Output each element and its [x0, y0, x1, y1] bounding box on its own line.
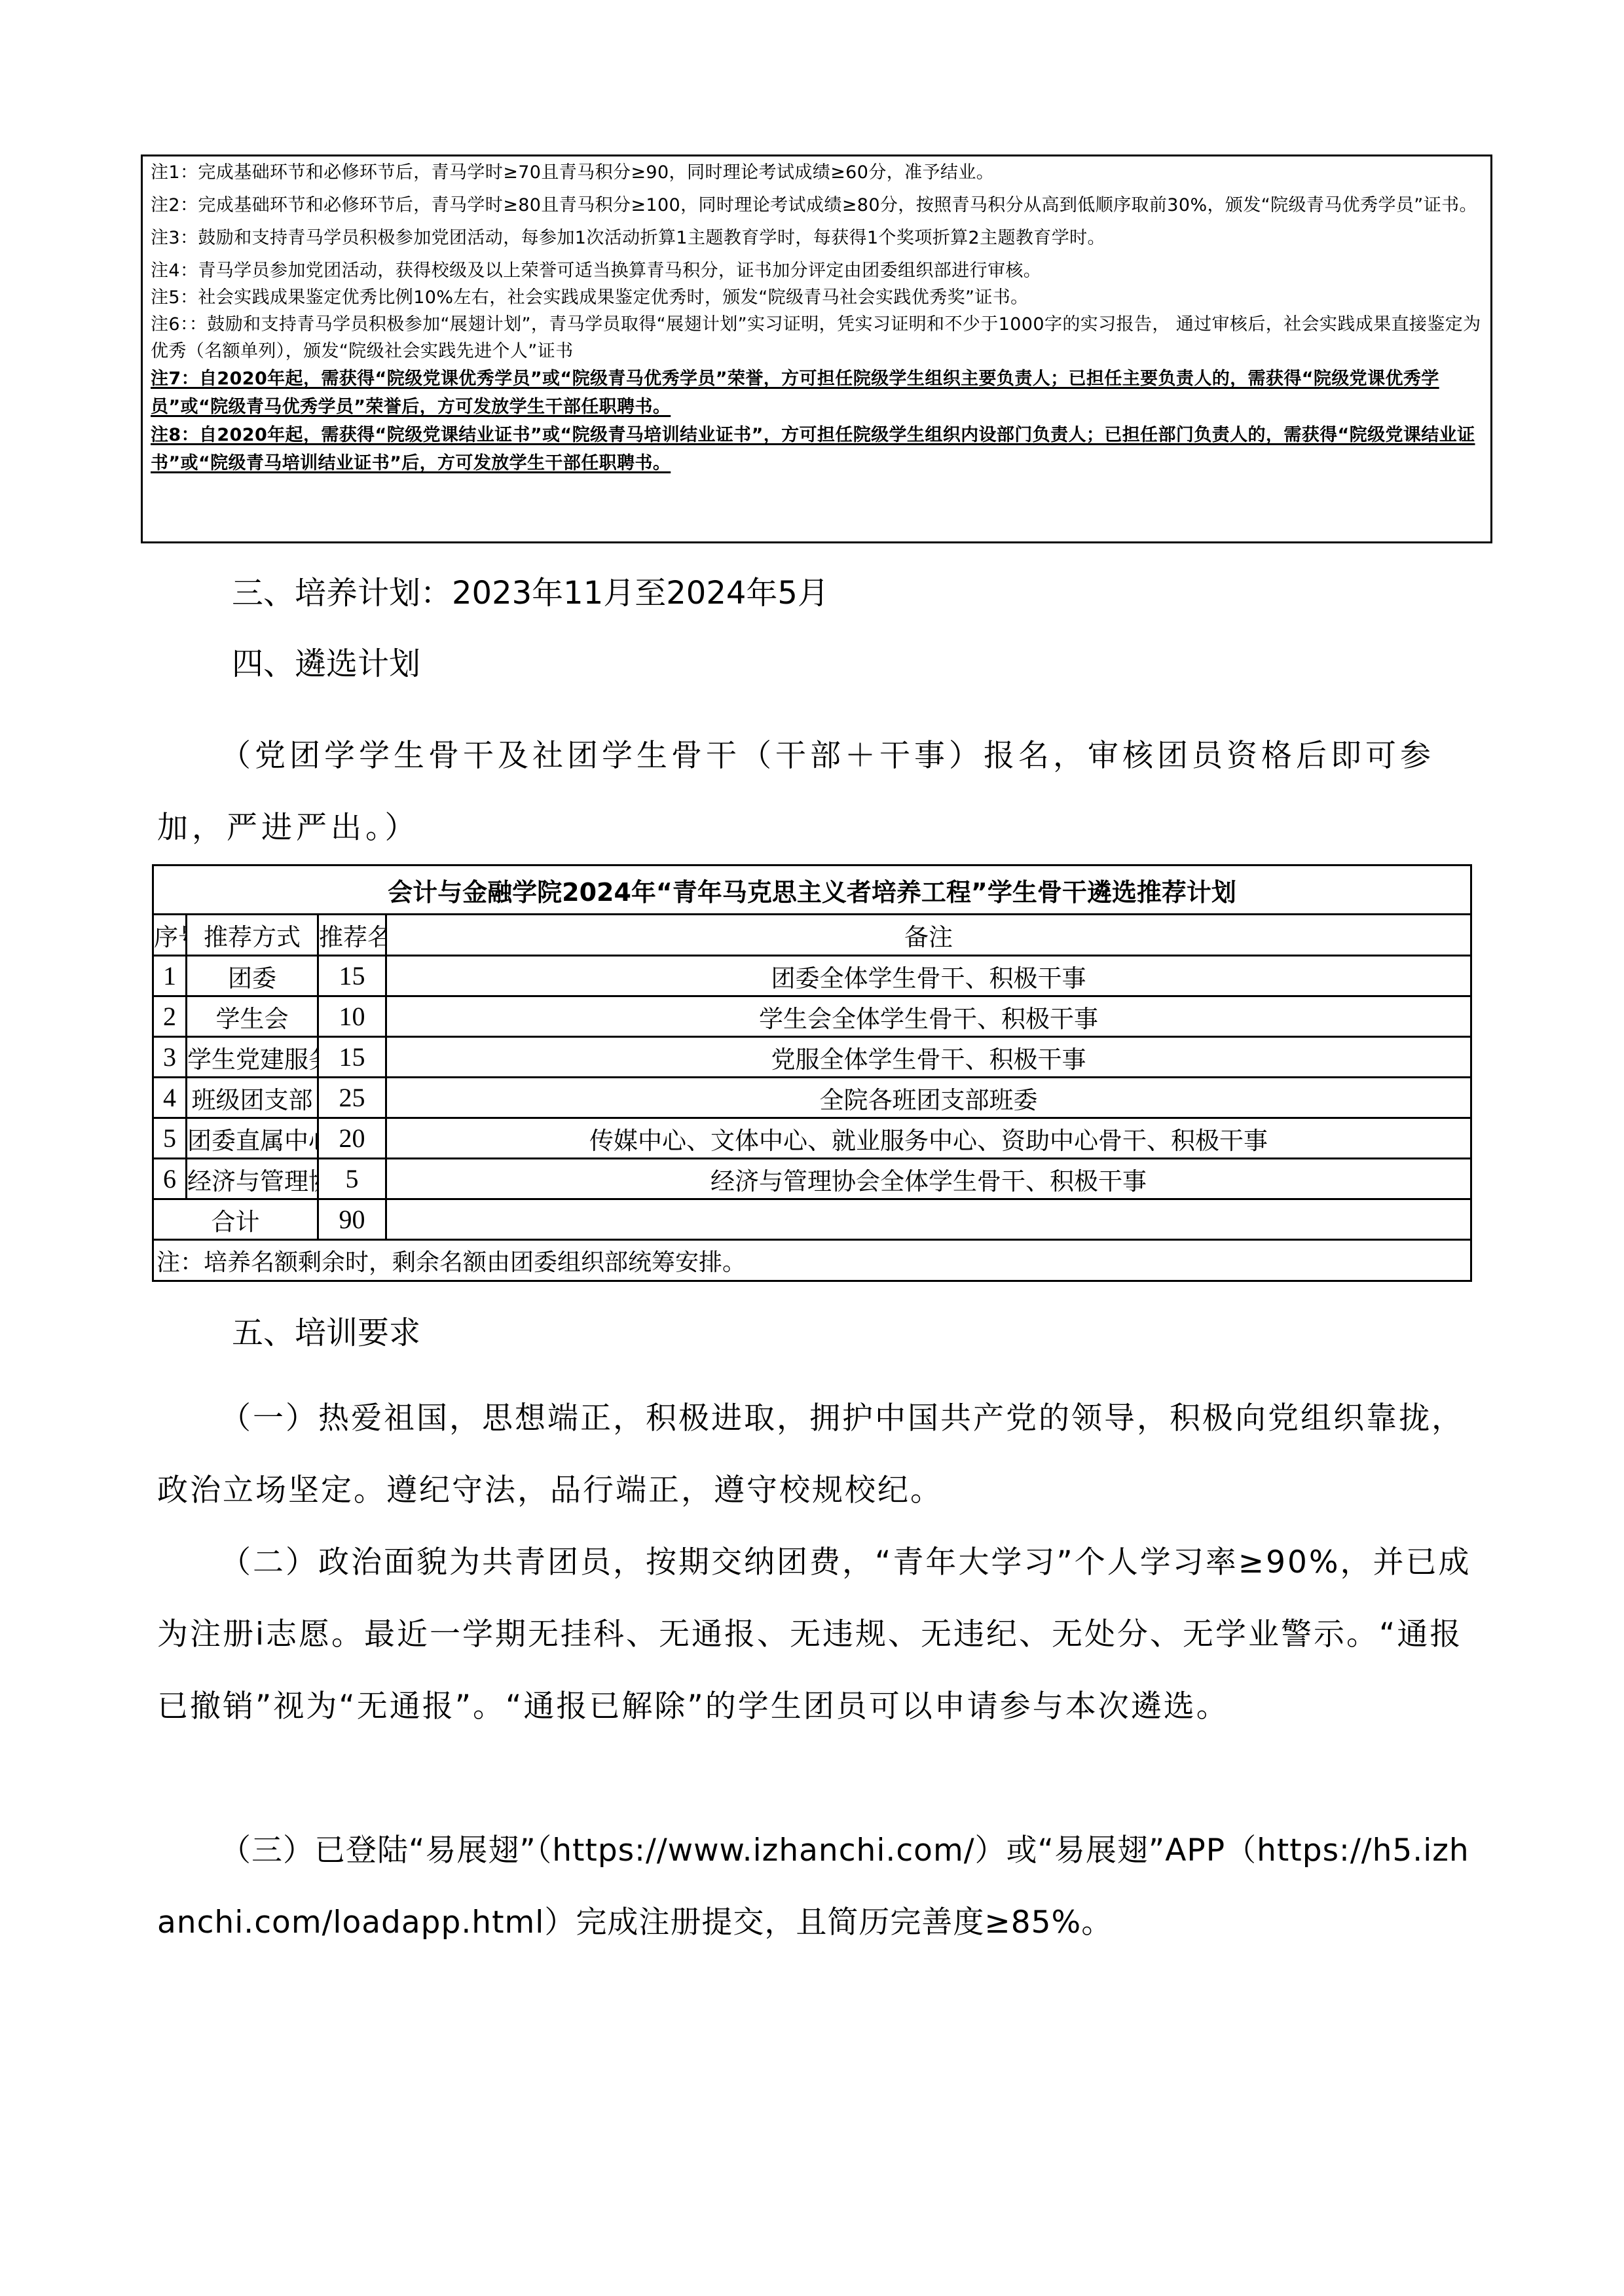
total-quota: 90	[318, 1199, 386, 1240]
cell-remark: 党服全体学生骨干、积极干事	[386, 1037, 1471, 1078]
note-label: 注1：	[151, 162, 198, 183]
note-text: 自2020年起，需获得“院级党课结业证书”或“院级青马培训结业证书”，方可担任院…	[151, 425, 1475, 473]
cell-remark: 学生会全体学生骨干、积极干事	[386, 996, 1471, 1037]
note-4: 注4：青马学员参加党团活动，获得校级及以上荣誉可适当换算青马积分，证书加分评定由…	[151, 257, 1484, 284]
table-row: 3 学生党建服务中心 15 党服全体学生骨干、积极干事	[153, 1037, 1471, 1078]
recommendation-plan-table: 会计与金融学院2024年“青年马克思主义者培养工程”学生骨干遴选推荐计划 序号 …	[152, 864, 1472, 1282]
note-label: 注2：	[151, 195, 198, 215]
section-5-heading: 五、培训要求	[232, 1313, 420, 1353]
total-label: 合计	[153, 1199, 318, 1240]
cell-no: 1	[153, 956, 187, 996]
note-text: ：鼓励和支持青马学员积极参加“展翅计划”，青马学员取得“展翅计划”实习证明，凭实…	[151, 314, 1481, 361]
note-3: 注3：鼓励和支持青马学员积极参加党团活动，每参加1次活动折算1主题教育学时，每获…	[151, 225, 1484, 251]
total-remark	[386, 1199, 1471, 1240]
cell-remark: 经济与管理协会全体学生骨干、积极干事	[386, 1159, 1471, 1199]
note-text: 完成基础环节和必修环节后，青马学时≥80且青马积分≥100，同时理论考试成绩≥8…	[198, 195, 1477, 215]
cell-quota: 20	[318, 1118, 386, 1159]
table-footnote: 注：培养名额剩余时，剩余名额由团委组织部统筹安排。	[153, 1240, 1471, 1281]
requirement-3: （三）已登陆“易展翅”（https://www.izhanchi.com/）或“…	[157, 1815, 1473, 1959]
table-total-row: 合计 90	[153, 1199, 1471, 1240]
requirement-2: （二）政治面貌为共青团员，按期交纳团费，“青年大学习”个人学习率≥90%，并已成…	[157, 1527, 1473, 1743]
cell-quota: 25	[318, 1078, 386, 1118]
table-row: 2 学生会 10 学生会全体学生骨干、积极干事	[153, 996, 1471, 1037]
note-1: 注1：完成基础环节和必修环节后，青马学时≥70且青马积分≥90，同时理论考试成绩…	[151, 159, 1484, 186]
cell-quota: 15	[318, 956, 386, 996]
column-header-quota: 推荐名额	[318, 915, 386, 956]
note-7: 注7：自2020年起，需获得“院级党课优秀学员”或“院级青马优秀学员”荣誉，方可…	[151, 365, 1484, 421]
note-label: 注4：	[151, 261, 198, 281]
table-title: 会计与金融学院2024年“青年马克思主义者培养工程”学生骨干遴选推荐计划	[153, 866, 1471, 915]
section-4-intro: （党团学学生骨干及社团学生骨干（干部＋干事）报名，审核团员资格后即可参加，严进严…	[157, 720, 1473, 864]
cell-no: 6	[153, 1159, 187, 1199]
cell-method: 班级团支部	[187, 1078, 318, 1118]
notes-box: 注1：完成基础环节和必修环节后，青马学时≥70且青马积分≥90，同时理论考试成绩…	[141, 155, 1492, 543]
cell-remark: 传媒中心、文体中心、就业服务中心、资助中心骨干、积极干事	[386, 1118, 1471, 1159]
cell-remark: 团委全体学生骨干、积极干事	[386, 956, 1471, 996]
note-text: 完成基础环节和必修环节后，青马学时≥70且青马积分≥90，同时理论考试成绩≥60…	[198, 162, 994, 183]
cell-remark: 全院各班团支部班委	[386, 1078, 1471, 1118]
note-label: 注3：	[151, 228, 198, 248]
cell-quota: 10	[318, 996, 386, 1037]
note-text: 鼓励和支持青马学员积极参加党团活动，每参加1次活动折算1主题教育学时，每获得1个…	[198, 228, 1105, 248]
column-header-remark: 备注	[386, 915, 1471, 956]
note-label: 注5：	[151, 287, 198, 308]
section-3-heading: 三、培养计划：2023年11月至2024年5月	[232, 574, 829, 613]
column-header-method: 推荐方式	[187, 915, 318, 956]
note-8: 注8：自2020年起，需获得“院级党课结业证书”或“院级青马培训结业证书”，方可…	[151, 421, 1484, 477]
table-row: 6 经济与管理协会 5 经济与管理协会全体学生骨干、积极干事	[153, 1159, 1471, 1199]
cell-quota: 15	[318, 1037, 386, 1078]
cell-no: 3	[153, 1037, 187, 1078]
cell-method: 团委	[187, 956, 318, 996]
section-4-heading: 四、遴选计划	[232, 644, 420, 683]
table-row: 4 班级团支部 25 全院各班团支部班委	[153, 1078, 1471, 1118]
cell-no: 5	[153, 1118, 187, 1159]
note-text: 青马学员参加党团活动，获得校级及以上荣誉可适当换算青马积分，证书加分评定由团委组…	[198, 261, 1041, 281]
note-label: 注8：	[151, 425, 199, 445]
cell-method: 团委直属中心	[187, 1118, 318, 1159]
cell-method: 学生会	[187, 996, 318, 1037]
note-text: 自2020年起，需获得“院级党课优秀学员”或“院级青马优秀学员”荣誉，方可担任院…	[151, 369, 1439, 417]
table-row: 5 团委直属中心 20 传媒中心、文体中心、就业服务中心、资助中心骨干、积极干事	[153, 1118, 1471, 1159]
table-header-row: 序号 推荐方式 推荐名额 备注	[153, 915, 1471, 956]
column-header-no: 序号	[153, 915, 187, 956]
cell-quota: 5	[318, 1159, 386, 1199]
requirement-1: （一）热爱祖国，思想端正，积极进取，拥护中国共产党的领导，积极向党组织靠拢，政治…	[157, 1383, 1473, 1527]
note-5: 注5：社会实践成果鉴定优秀比例10%左右，社会实践成果鉴定优秀时，颁发“院级青马…	[151, 284, 1484, 311]
note-label: 注6：	[151, 314, 189, 335]
cell-method: 学生党建服务中心	[187, 1037, 318, 1078]
cell-method: 经济与管理协会	[187, 1159, 318, 1199]
cell-no: 2	[153, 996, 187, 1037]
table-row: 1 团委 15 团委全体学生骨干、积极干事	[153, 956, 1471, 996]
note-6: 注6：：鼓励和支持青马学员积极参加“展翅计划”，青马学员取得“展翅计划”实习证明…	[151, 311, 1484, 365]
note-2: 注2：完成基础环节和必修环节后，青马学时≥80且青马积分≥100，同时理论考试成…	[151, 192, 1484, 219]
note-label: 注7：	[151, 369, 199, 389]
cell-no: 4	[153, 1078, 187, 1118]
note-text: 社会实践成果鉴定优秀比例10%左右，社会实践成果鉴定优秀时，颁发“院级青马社会实…	[198, 287, 1028, 308]
